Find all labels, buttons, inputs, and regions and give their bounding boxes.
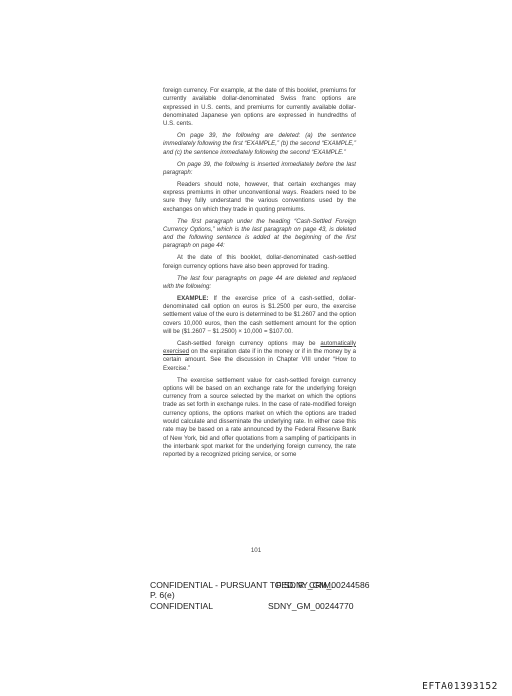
paragraph: EXAMPLE: If the exercise price of a cash… bbox=[163, 295, 356, 336]
footer-line2: P. 6(e) bbox=[150, 590, 175, 600]
paragraph-text: Cash-settled foreign currency options ma… bbox=[177, 340, 320, 347]
bates-number: EFTA01393152 bbox=[422, 681, 498, 692]
paragraph: The first paragraph under the heading “C… bbox=[163, 218, 356, 251]
document-body: foreign currency. For example, at the da… bbox=[163, 87, 356, 463]
paragraph: Cash-settled foreign currency options ma… bbox=[163, 340, 356, 373]
example-label: EXAMPLE: bbox=[177, 295, 209, 302]
footer-overlap-b: SDNY_GM_00244586 bbox=[284, 580, 370, 590]
paragraph: At the date of this booklet, dollar-deno… bbox=[163, 254, 356, 271]
paragraph: foreign currency. For example, at the da… bbox=[163, 87, 356, 128]
paragraph: Readers should note, however, that certa… bbox=[163, 181, 356, 214]
footer-line3-right: SDNY_GM_00244770 bbox=[268, 601, 354, 611]
paragraph: On page 39, the following is inserted im… bbox=[163, 161, 356, 178]
paragraph: The exercise settlement value for cash-s… bbox=[163, 377, 356, 460]
page-number: 101 bbox=[0, 547, 512, 554]
footer-line1: CONFIDENTIAL - PURSUANT TO bbox=[150, 580, 281, 590]
paragraph: The last four paragraphs on page 44 are … bbox=[163, 275, 356, 292]
paragraph: On page 39, the following are deleted: (… bbox=[163, 132, 356, 157]
paragraph-text: on the expiration date if in the money o… bbox=[163, 348, 356, 372]
confidentiality-footer: CONFIDENTIAL - PURSUANT TO FED. R. CRIM.… bbox=[150, 580, 370, 611]
footer-line3-left: CONFIDENTIAL bbox=[150, 601, 213, 611]
